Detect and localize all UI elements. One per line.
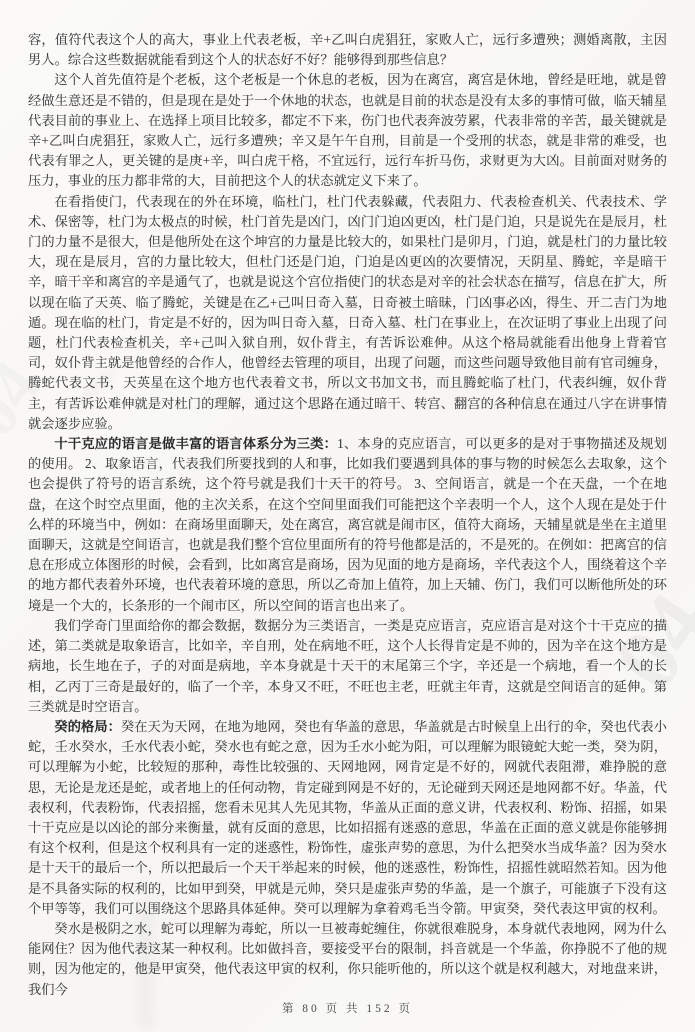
paragraph-lead: 十干克应的语言是做丰富的语言体系分为三类： xyxy=(54,436,337,451)
document-page: 04 04 容，值符代表这个人的高大，事业上代表老板，辛+乙叫白虎猖狂，家败人亡… xyxy=(0,0,695,1032)
paragraph: 在看指使门，代表现在的外在环境，临杜门，杜门代表躲藏，代表阻力、代表检查机关、代… xyxy=(28,192,667,434)
paragraph-text: 容，值符代表这个人的高大，事业上代表老板，辛+乙叫白虎猖狂，家败人亡，远行多遭殃… xyxy=(28,32,667,67)
paragraph: 我们学奇门里面给你的都会数据，数据分为三类语言，一类是克应语言，克应语言是对这个… xyxy=(28,616,667,717)
paragraph: 癸水是极阴之水，蛇可以理解为毒蛇，所以一旦被毒蛇缠住，你就很难脱身，本身就代表地… xyxy=(28,919,667,1000)
paragraph: 癸的格局：癸在天为天网，在地为地网，癸也有华盖的意思，华盖就是古时候皇上出行的伞… xyxy=(28,717,667,919)
paragraph: 这个人首先值符是个老板，这个老板是一个休息的老板，因为在离宫，离宫是休地，曾经是… xyxy=(28,70,667,191)
paragraph-text: 1、本身的克应语言，可以更多的是对于事物描述及规划的使用。 2、取象语言，代表我… xyxy=(28,436,667,613)
paragraph-text: 癸在天为天网，在地为地网，癸也有华盖的意思，华盖就是古时候皇上出行的伞，癸也代表… xyxy=(28,719,667,916)
paragraph-text: 癸水是极阴之水，蛇可以理解为毒蛇，所以一旦被毒蛇缠住，你就很难脱身，本身就代表地… xyxy=(28,921,667,997)
paragraph-lead: 癸的格局： xyxy=(54,719,121,734)
paragraph-text: 在看指使门，代表现在的外在环境，临杜门，杜门代表躲藏，代表阻力、代表检查机关、代… xyxy=(28,194,667,431)
paragraph: 容，值符代表这个人的高大，事业上代表老板，辛+乙叫白虎猖狂，家败人亡，远行多遭殃… xyxy=(28,30,667,70)
paragraph-text: 这个人首先值符是个老板，这个老板是一个休息的老板，因为在离宫，离宫是休地，曾经是… xyxy=(28,72,667,188)
paragraph: 十干克应的语言是做丰富的语言体系分为三类：1、本身的克应语言，可以更多的是对于事… xyxy=(28,434,667,616)
page-number: 第 80 页 共 152 页 xyxy=(0,1000,695,1016)
document-body: 容，值符代表这个人的高大，事业上代表老板，辛+乙叫白虎猖狂，家败人亡，远行多遭殃… xyxy=(28,30,667,1000)
paragraph-text: 我们学奇门里面给你的都会数据，数据分为三类语言，一类是克应语言，克应语言是对这个… xyxy=(28,618,667,714)
